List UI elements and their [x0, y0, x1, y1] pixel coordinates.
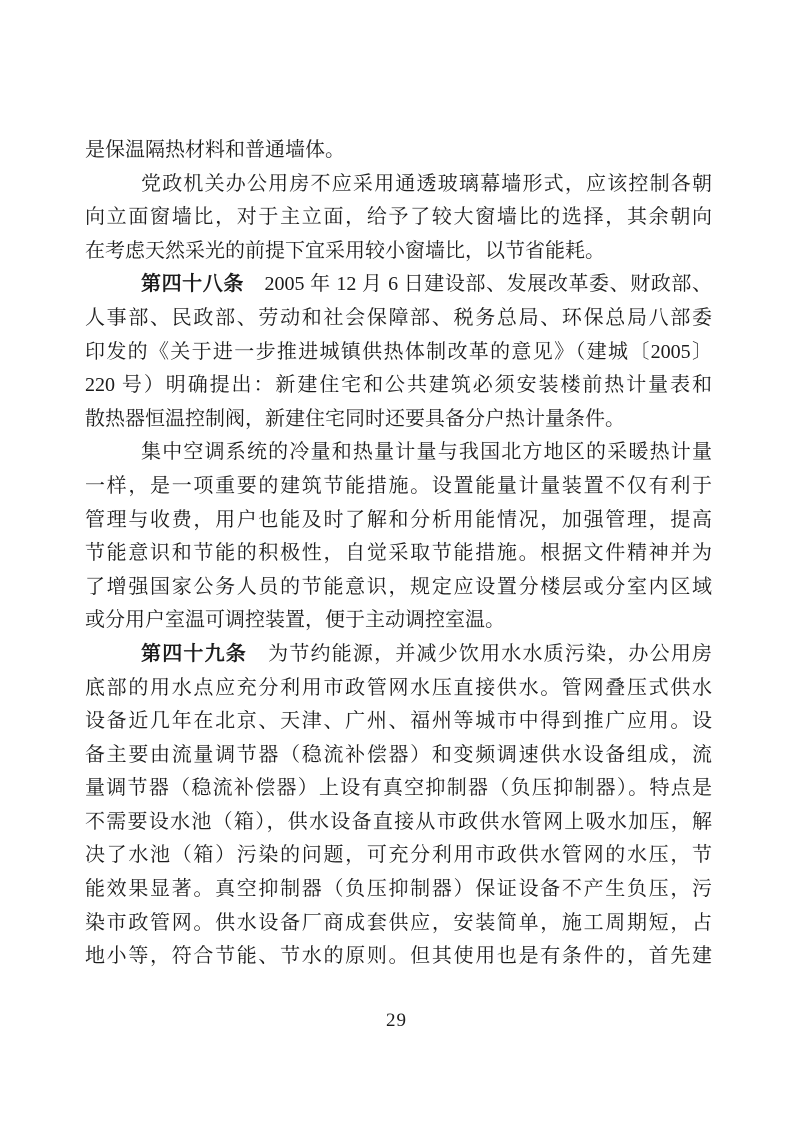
text-line: 党政机关办公用房不应采用通透玻璃幕墙形式，应该控制各朝 — [85, 168, 712, 202]
text-run: 量调节器（稳流补偿器）上设有真空抑制器（负压抑制器）。特点是 — [85, 777, 712, 799]
text-line: 节能意识和节能的积极性，自觉采取节能措施。根据文件精神并为 — [85, 537, 712, 571]
text-line: 向立面窗墙比，对于主立面，给予了较大窗墙比的选择，其余朝向 — [85, 201, 712, 235]
text-block: 是保温隔热材料和普通墙体。党政机关办公用房不应采用通透玻璃幕墙形式，应该控制各朝… — [85, 134, 712, 974]
text-line: 底部的用水点应充分利用市政管网水压直接供水。管网叠压式供水 — [85, 672, 712, 706]
text-run: 印发的《关于进一步推进城镇供热体制改革的意见》（建城〔2005〕 — [85, 341, 712, 363]
text-line: 了增强国家公务人员的节能意识，规定应设置分楼层或分室内区域 — [85, 571, 712, 605]
text-run: 了增强国家公务人员的节能意识，规定应设置分楼层或分室内区域 — [85, 576, 712, 598]
text-line: 量调节器（稳流补偿器）上设有真空抑制器（负压抑制器）。特点是 — [85, 772, 712, 806]
text-run: 是保温隔热材料和普通墙体。 — [85, 139, 345, 161]
text-line: 管理与收费，用户也能及时了解和分析用能情况，加强管理，提高 — [85, 504, 712, 538]
text-run: 散热器恒温控制阀，新建住宅同时还要具备分户热计量条件。 — [85, 408, 625, 430]
text-line: 印发的《关于进一步推进城镇供热体制改革的意见》（建城〔2005〕 — [85, 336, 712, 370]
text-run: 管理与收费，用户也能及时了解和分析用能情况，加强管理，提高 — [85, 509, 712, 531]
text-run: 在考虑天然采光的前提下宜采用较小窗墙比，以节省能耗。 — [85, 240, 605, 262]
text-run: 底部的用水点应充分利用市政管网水压直接供水。管网叠压式供水 — [85, 677, 712, 699]
text-line: 220 号）明确提出：新建住宅和公共建筑必须安装楼前热计量表和 — [85, 369, 712, 403]
text-line: 决了水池（箱）污染的问题，可充分利用市政供水管网的水压，节 — [85, 839, 712, 873]
text-run: 设备近几年在北京、天津、广州、福州等城市中得到推广应用。设 — [85, 710, 712, 732]
text-line: 地小等，符合节能、节水的原则。但其使用也是有条件的，首先建 — [85, 940, 712, 974]
text-line: 一样，是一项重要的建筑节能措施。设置能量计量装置不仅有利于 — [85, 470, 712, 504]
text-run: 220 号）明确提出：新建住宅和公共建筑必须安装楼前热计量表和 — [85, 374, 712, 396]
text-run: 决了水池（箱）污染的问题，可充分利用市政供水管网的水压，节 — [85, 844, 712, 866]
page-number: 29 — [0, 1010, 793, 1032]
text-run: 党政机关办公用房不应采用通透玻璃幕墙形式，应该控制各朝 — [141, 173, 712, 195]
text-line: 集中空调系统的冷量和热量计量与我国北方地区的采暖热计量 — [85, 436, 712, 470]
article-heading: 第四十九条 — [141, 643, 247, 665]
text-line: 备主要由流量调节器（稳流补偿器）和变频调速供水设备组成，流 — [85, 739, 712, 773]
text-line: 第四十九条 为节约能源，并减少饮用水水质污染，办公用房 — [85, 638, 712, 672]
text-line: 第四十八条 2005 年 12 月 6 日建设部、发展改革委、财政部、 — [85, 268, 712, 302]
text-line: 不需要设水池（箱），供水设备直接从市政供水管网上吸水加压，解 — [85, 806, 712, 840]
text-run: 2005 年 12 月 6 日建设部、发展改革委、财政部、 — [244, 273, 712, 295]
text-line: 染市政管网。供水设备厂商成套供应，安装简单，施工周期短，占 — [85, 907, 712, 941]
text-run: 节能意识和节能的积极性，自觉采取节能措施。根据文件精神并为 — [85, 542, 712, 564]
text-line: 能效果显著。真空抑制器（负压抑制器）保证设备不产生负压，污 — [85, 873, 712, 907]
text-run: 一样，是一项重要的建筑节能措施。设置能量计量装置不仅有利于 — [85, 475, 712, 497]
text-line: 是保温隔热材料和普通墙体。 — [85, 134, 712, 168]
text-run: 备主要由流量调节器（稳流补偿器）和变频调速供水设备组成，流 — [85, 744, 712, 766]
text-run: 集中空调系统的冷量和热量计量与我国北方地区的采暖热计量 — [141, 441, 712, 463]
article-heading: 第四十八条 — [141, 273, 244, 295]
document-page: 是保温隔热材料和普通墙体。党政机关办公用房不应采用通透玻璃幕墙形式，应该控制各朝… — [0, 0, 793, 1122]
text-line: 或分用户室温可调控装置，便于主动调控室温。 — [85, 604, 712, 638]
text-line: 散热器恒温控制阀，新建住宅同时还要具备分户热计量条件。 — [85, 403, 712, 437]
text-line: 在考虑天然采光的前提下宜采用较小窗墙比，以节省能耗。 — [85, 235, 712, 269]
text-run: 为节约能源，并减少饮用水水质污染，办公用房 — [247, 643, 712, 665]
text-run: 人事部、民政部、劳动和社会保障部、税务总局、环保总局八部委 — [85, 307, 712, 329]
text-run: 能效果显著。真空抑制器（负压抑制器）保证设备不产生负压，污 — [85, 878, 712, 900]
text-run: 不需要设水池（箱），供水设备直接从市政供水管网上吸水加压，解 — [85, 811, 712, 833]
text-run: 地小等，符合节能、节水的原则。但其使用也是有条件的，首先建 — [85, 945, 712, 967]
text-line: 设备近几年在北京、天津、广州、福州等城市中得到推广应用。设 — [85, 705, 712, 739]
text-run: 或分用户室温可调控装置，便于主动调控室温。 — [85, 609, 505, 631]
text-line: 人事部、民政部、劳动和社会保障部、税务总局、环保总局八部委 — [85, 302, 712, 336]
text-run: 染市政管网。供水设备厂商成套供应，安装简单，施工周期短，占 — [85, 912, 712, 934]
text-run: 向立面窗墙比，对于主立面，给予了较大窗墙比的选择，其余朝向 — [85, 206, 712, 228]
